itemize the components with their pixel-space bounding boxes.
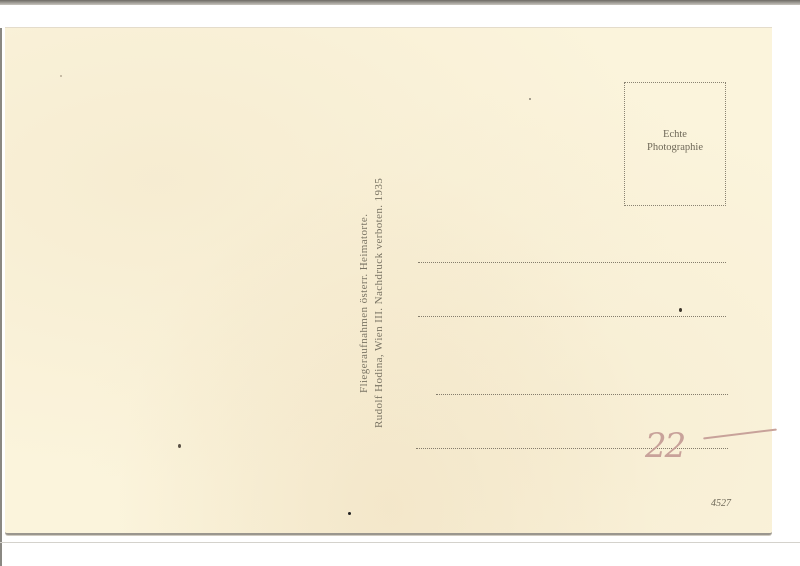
- paper-speck: [529, 98, 531, 100]
- address-line-2: [418, 316, 726, 317]
- paper-speck: [60, 75, 62, 77]
- paper-speck: [679, 308, 682, 312]
- card-number: 4527: [711, 498, 731, 509]
- stamp-box: Echte Photographie: [624, 82, 726, 206]
- address-line-1: [418, 262, 726, 263]
- publisher-line-1: Fliegeraufnahmen österr. Heimatorte.: [357, 128, 372, 488]
- publisher-imprint: Fliegeraufnahmen österr. Heimatorte. Rud…: [357, 128, 397, 488]
- postcard-back: Echte Photographie Fliegeraufnahmen öste…: [5, 27, 772, 535]
- address-line-3: [436, 394, 728, 395]
- paper-speck: [178, 444, 181, 448]
- stamp-box-label: Echte Photographie: [625, 128, 725, 154]
- publisher-line-2: Rudolf Hodina, Wien III. Nachdruck verbo…: [372, 128, 387, 488]
- handwritten-dash: [703, 428, 777, 439]
- stamp-label-echte: Echte: [625, 128, 725, 141]
- handwritten-price: 22: [645, 426, 684, 466]
- scanner-top-edge: [0, 0, 800, 5]
- paper-speck: [348, 512, 351, 515]
- scanner-bottom-edge: [0, 542, 800, 543]
- stamp-label-photographie: Photographie: [625, 141, 725, 154]
- scanner-left-edge: [0, 28, 2, 566]
